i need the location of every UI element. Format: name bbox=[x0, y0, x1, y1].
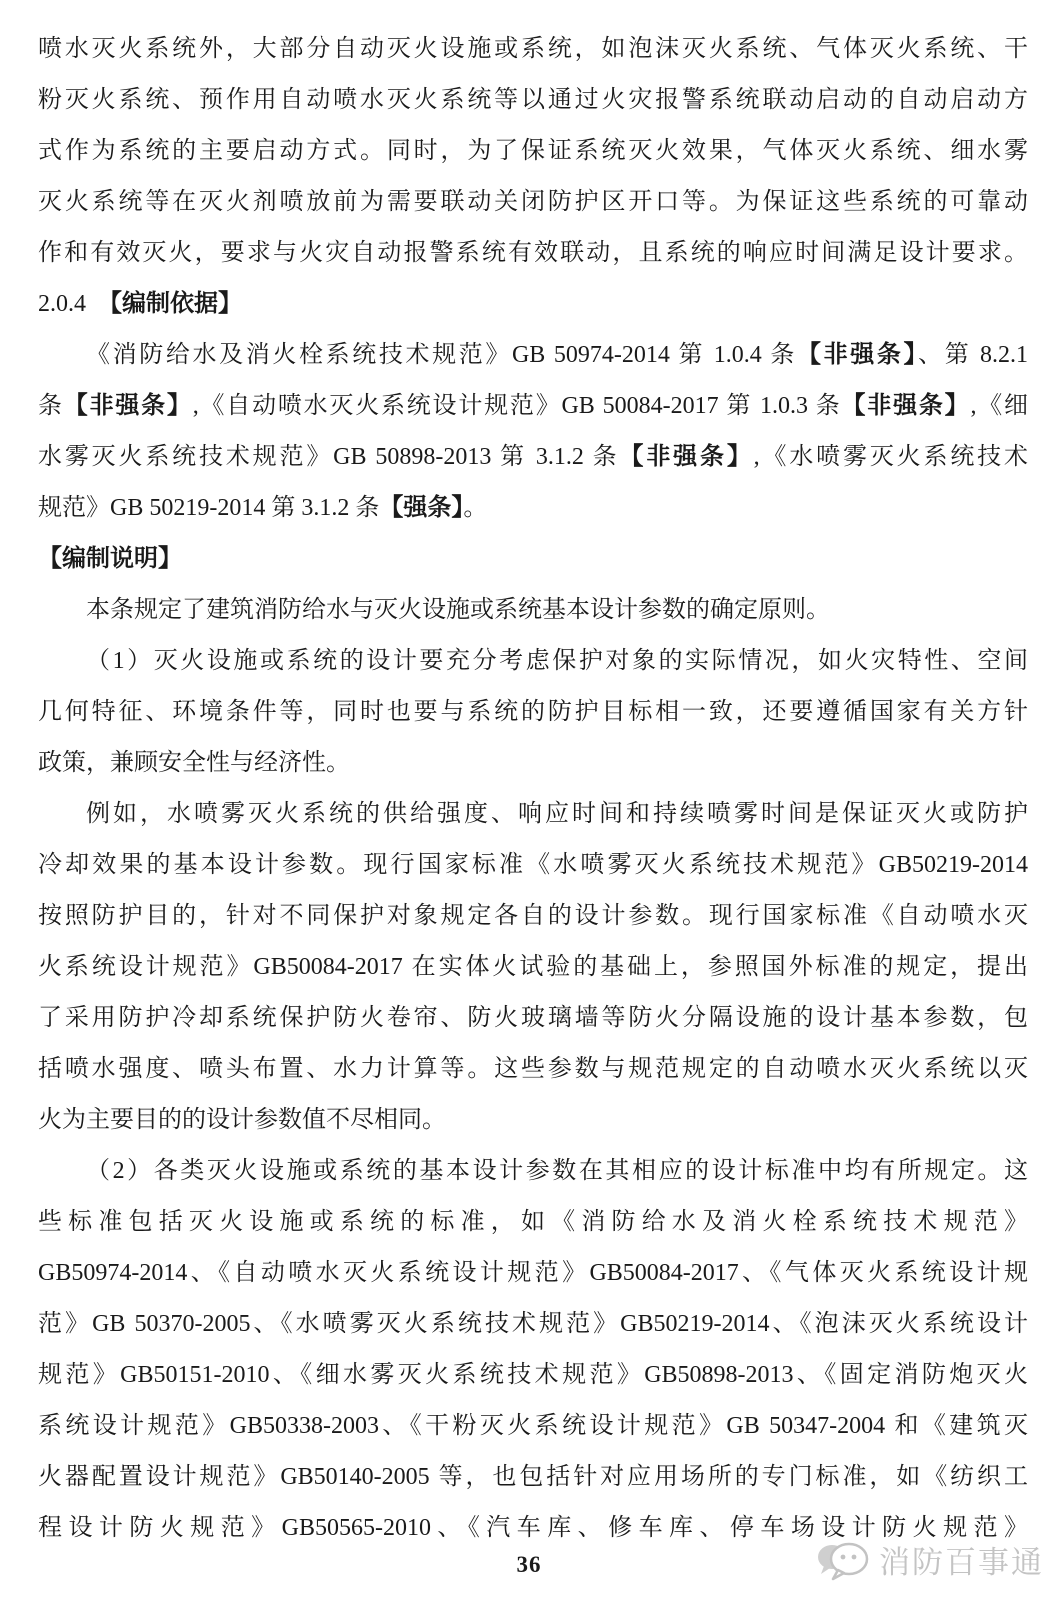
text-segment: 作和有效灭火，要求与火灾自动报警系统有效联动，且系统的响应时间满足设计要求。 bbox=[38, 240, 1028, 266]
text-line: 《消防给水及消火栓系统技术规范》GB 50974-2014 第 1.0.4 条【… bbox=[38, 330, 1028, 381]
watermark: 消防百事通 bbox=[816, 1531, 1044, 1587]
emphasis-tag: 【强条】 bbox=[379, 495, 463, 521]
text-segment: （2）各类灭火设施或系统的基本设计参数在其相应的设计标准中均有所规定。这 bbox=[86, 1158, 1028, 1184]
text-line: 规范》GB50151-2010、《细水雾灭火系统技术规范》GB50898-201… bbox=[38, 1350, 1028, 1401]
text-line: 括喷水强度、喷头布置、水力计算等。这些参数与规范规定的自动喷水灭火系统以灭 bbox=[38, 1044, 1028, 1095]
emphasis-tag: 【编制说明】 bbox=[38, 546, 182, 572]
emphasis-tag: 【非强条】 bbox=[842, 393, 971, 419]
chat-bubbles-icon bbox=[816, 1531, 874, 1587]
emphasis-tag: 【非强条】 bbox=[620, 444, 754, 470]
text-segment: 式作为系统的主要启动方式。同时，为了保证系统灭火效果，气体灭火系统、细水雾 bbox=[38, 138, 1028, 164]
text-segment: 灭火系统等在灭火剂喷放前为需要联动关闭防护区开口等。为保证这些系统的可靠动 bbox=[38, 189, 1028, 215]
text-segment: 粉灭火系统、预作用自动喷水灭火系统等以通过火灾报警系统联动启动的自动启动方 bbox=[38, 87, 1028, 113]
emphasis-tag: 【编制依据】 bbox=[110, 291, 242, 317]
text-segment: 火为主要目的的设计参数值不尽相同。 bbox=[38, 1107, 446, 1133]
text-line: 按照防护目的，针对不同保护对象规定各自的设计参数。现行国家标准《自动喷水灭 bbox=[38, 891, 1028, 942]
text-segment: 火系统设计规范》GB50084-2017 在实体火试验的基础上，参照国外标准的规… bbox=[38, 954, 1028, 980]
text-segment: 2.0.4 bbox=[38, 291, 110, 317]
text-line: 火系统设计规范》GB50084-2017 在实体火试验的基础上，参照国外标准的规… bbox=[38, 942, 1028, 993]
text-line: 些标准包括灭火设施或系统的标准，如《消防给水及消火栓系统技术规范》 bbox=[38, 1197, 1028, 1248]
text-line: 火器配置设计规范》GB50140-2005 等，也包括针对应用场所的专门标准，如… bbox=[38, 1452, 1028, 1503]
text-segment: 些标准包括灭火设施或系统的标准，如《消防给水及消火栓系统技术规范》 bbox=[38, 1209, 1028, 1235]
text-line: 了采用防护冷却系统保护防火卷帘、防火玻璃墙等防火分隔设施的设计基本参数，包 bbox=[38, 993, 1028, 1044]
document-page: 喷水灭火系统外，大部分自动灭火设施或系统，如泡沫灭火系统、气体灭火系统、干粉灭火… bbox=[0, 0, 1058, 1600]
text-segment: 火器配置设计规范》GB50140-2005 等，也包括针对应用场所的专门标准，如… bbox=[38, 1464, 1028, 1490]
text-line: 规范》GB 50219-2014 第 3.1.2 条【强条】。 bbox=[38, 483, 1028, 534]
text-line: 政策，兼顾安全性与经济性。 bbox=[38, 738, 1028, 789]
text-segment: ,《水喷雾灭火系统技术 bbox=[754, 444, 1028, 470]
text-segment: 。 bbox=[463, 495, 487, 521]
text-line: 水雾灭火系统技术规范》GB 50898-2013 第 3.1.2 条【非强条】,… bbox=[38, 432, 1028, 483]
text-line: 冷却效果的基本设计参数。现行国家标准《水喷雾灭火系统技术规范》GB50219-2… bbox=[38, 840, 1028, 891]
text-line: 条【非强条】,《自动喷水灭火系统设计规范》GB 50084-2017 第 1.0… bbox=[38, 381, 1028, 432]
emphasis-tag: 【非强条】 bbox=[64, 393, 193, 419]
text-line: 作和有效灭火，要求与火灾自动报警系统有效联动，且系统的响应时间满足设计要求。 bbox=[38, 228, 1028, 279]
text-line: 系统设计规范》GB50338-2003、《干粉灭火系统设计规范》GB 50347… bbox=[38, 1401, 1028, 1452]
text-segment: 系统设计规范》GB50338-2003、《干粉灭火系统设计规范》GB 50347… bbox=[38, 1413, 1028, 1439]
text-segment: 规范》GB50151-2010、《细水雾灭火系统技术规范》GB50898-201… bbox=[38, 1362, 1028, 1388]
text-segment: 《消防给水及消火栓系统技术规范》GB 50974-2014 第 1.0.4 条 bbox=[86, 342, 797, 368]
text-segment: 条 bbox=[38, 393, 64, 419]
text-segment: 按照防护目的，针对不同保护对象规定各自的设计参数。现行国家标准《自动喷水灭 bbox=[38, 903, 1028, 929]
text-line: 火为主要目的的设计参数值不尽相同。 bbox=[38, 1095, 1028, 1146]
text-segment: GB50974-2014、《自动喷水灭火系统设计规范》GB50084-2017、… bbox=[38, 1260, 1028, 1286]
text-segment: 规范》GB 50219-2014 第 3.1.2 条 bbox=[38, 495, 379, 521]
text-line: 灭火系统等在灭火剂喷放前为需要联动关闭防护区开口等。为保证这些系统的可靠动 bbox=[38, 177, 1028, 228]
text-line: （2）各类灭火设施或系统的基本设计参数在其相应的设计标准中均有所规定。这 bbox=[38, 1146, 1028, 1197]
emphasis-tag: 【非强条】 bbox=[797, 342, 918, 368]
text-line: 粉灭火系统、预作用自动喷水灭火系统等以通过火灾报警系统联动启动的自动启动方 bbox=[38, 75, 1028, 126]
watermark-label: 消防百事通 bbox=[879, 1537, 1044, 1582]
text-segment: 了采用防护冷却系统保护防火卷帘、防火玻璃墙等防火分隔设施的设计基本参数，包 bbox=[38, 1005, 1028, 1031]
text-segment: 例如，水喷雾灭火系统的供给强度、响应时间和持续喷雾时间是保证灭火或防护 bbox=[86, 801, 1028, 827]
text-segment: 范》GB 50370-2005、《水喷雾灭火系统技术规范》GB50219-201… bbox=[38, 1311, 1028, 1337]
text-segment: 几何特征、环境条件等，同时也要与系统的防护目标相一致，还要遵循国家有关方针 bbox=[38, 699, 1028, 725]
text-line: 范》GB 50370-2005、《水喷雾灭火系统技术规范》GB50219-201… bbox=[38, 1299, 1028, 1350]
text-segment: 括喷水强度、喷头布置、水力计算等。这些参数与规范规定的自动喷水灭火系统以灭 bbox=[38, 1056, 1028, 1082]
text-segment: （1）灭火设施或系统的设计要充分考虑保护对象的实际情况，如火灾特性、空间 bbox=[86, 648, 1028, 674]
text-line: （1）灭火设施或系统的设计要充分考虑保护对象的实际情况，如火灾特性、空间 bbox=[38, 636, 1028, 687]
text-line: 几何特征、环境条件等，同时也要与系统的防护目标相一致，还要遵循国家有关方针 bbox=[38, 687, 1028, 738]
text-line: 【编制说明】 bbox=[38, 534, 1028, 585]
text-segment: ,《细 bbox=[970, 393, 1028, 419]
text-segment: ,《自动喷水灭火系统设计规范》GB 50084-2017 第 1.0.3 条 bbox=[193, 393, 842, 419]
text-segment: 、第 8.2.1 bbox=[918, 342, 1028, 368]
text-line: 喷水灭火系统外，大部分自动灭火设施或系统，如泡沫灭火系统、气体灭火系统、干 bbox=[38, 24, 1028, 75]
text-line: 2.0.4 【编制依据】 bbox=[38, 279, 1028, 330]
text-line: 式作为系统的主要启动方式。同时，为了保证系统灭火效果，气体灭火系统、细水雾 bbox=[38, 126, 1028, 177]
text-segment: 冷却效果的基本设计参数。现行国家标准《水喷雾灭火系统技术规范》GB50219-2… bbox=[38, 852, 1028, 878]
text-line: GB50974-2014、《自动喷水灭火系统设计规范》GB50084-2017、… bbox=[38, 1248, 1028, 1299]
text-segment: 政策，兼顾安全性与经济性。 bbox=[38, 750, 350, 776]
text-line: 本条规定了建筑消防给水与灭火设施或系统基本设计参数的确定原则。 bbox=[38, 585, 1028, 636]
text-segment: 喷水灭火系统外，大部分自动灭火设施或系统，如泡沫灭火系统、气体灭火系统、干 bbox=[38, 36, 1028, 62]
text-segment: 本条规定了建筑消防给水与灭火设施或系统基本设计参数的确定原则。 bbox=[86, 597, 830, 623]
text-segment: 水雾灭火系统技术规范》GB 50898-2013 第 3.1.2 条 bbox=[38, 444, 620, 470]
document-body: 喷水灭火系统外，大部分自动灭火设施或系统，如泡沫灭火系统、气体灭火系统、干粉灭火… bbox=[38, 24, 1028, 1554]
text-line: 例如，水喷雾灭火系统的供给强度、响应时间和持续喷雾时间是保证灭火或防护 bbox=[38, 789, 1028, 840]
